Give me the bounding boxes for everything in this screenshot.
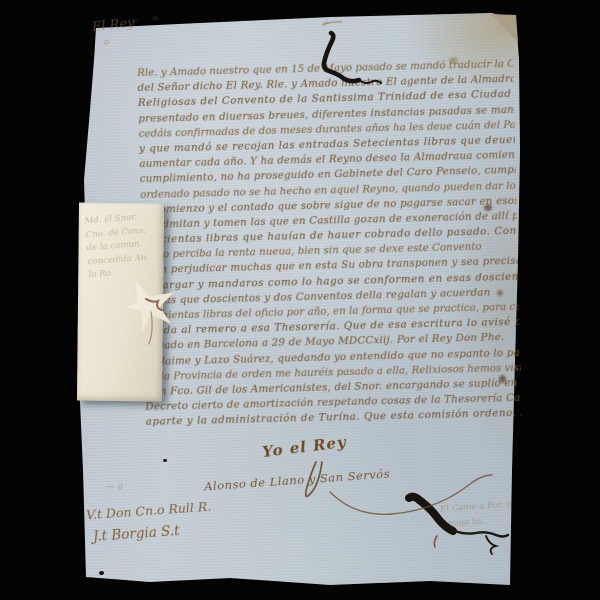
bottom-ink-red-tick [434,536,437,547]
top-ink-flourish [324,33,359,81]
slip-brown-tail [149,312,152,344]
bottom-ink-flourish [409,497,453,531]
slip-red-mark [146,299,162,310]
ink-overlay [0,0,600,600]
rubric-descender [306,462,322,496]
faint-dash [322,22,342,25]
bottom-ink-branch2 [486,536,496,554]
manuscript-photo: El Rey o + Rle. y Amado nuestro que en 1… [0,0,600,600]
bottom-ink-branch1 [452,530,508,537]
